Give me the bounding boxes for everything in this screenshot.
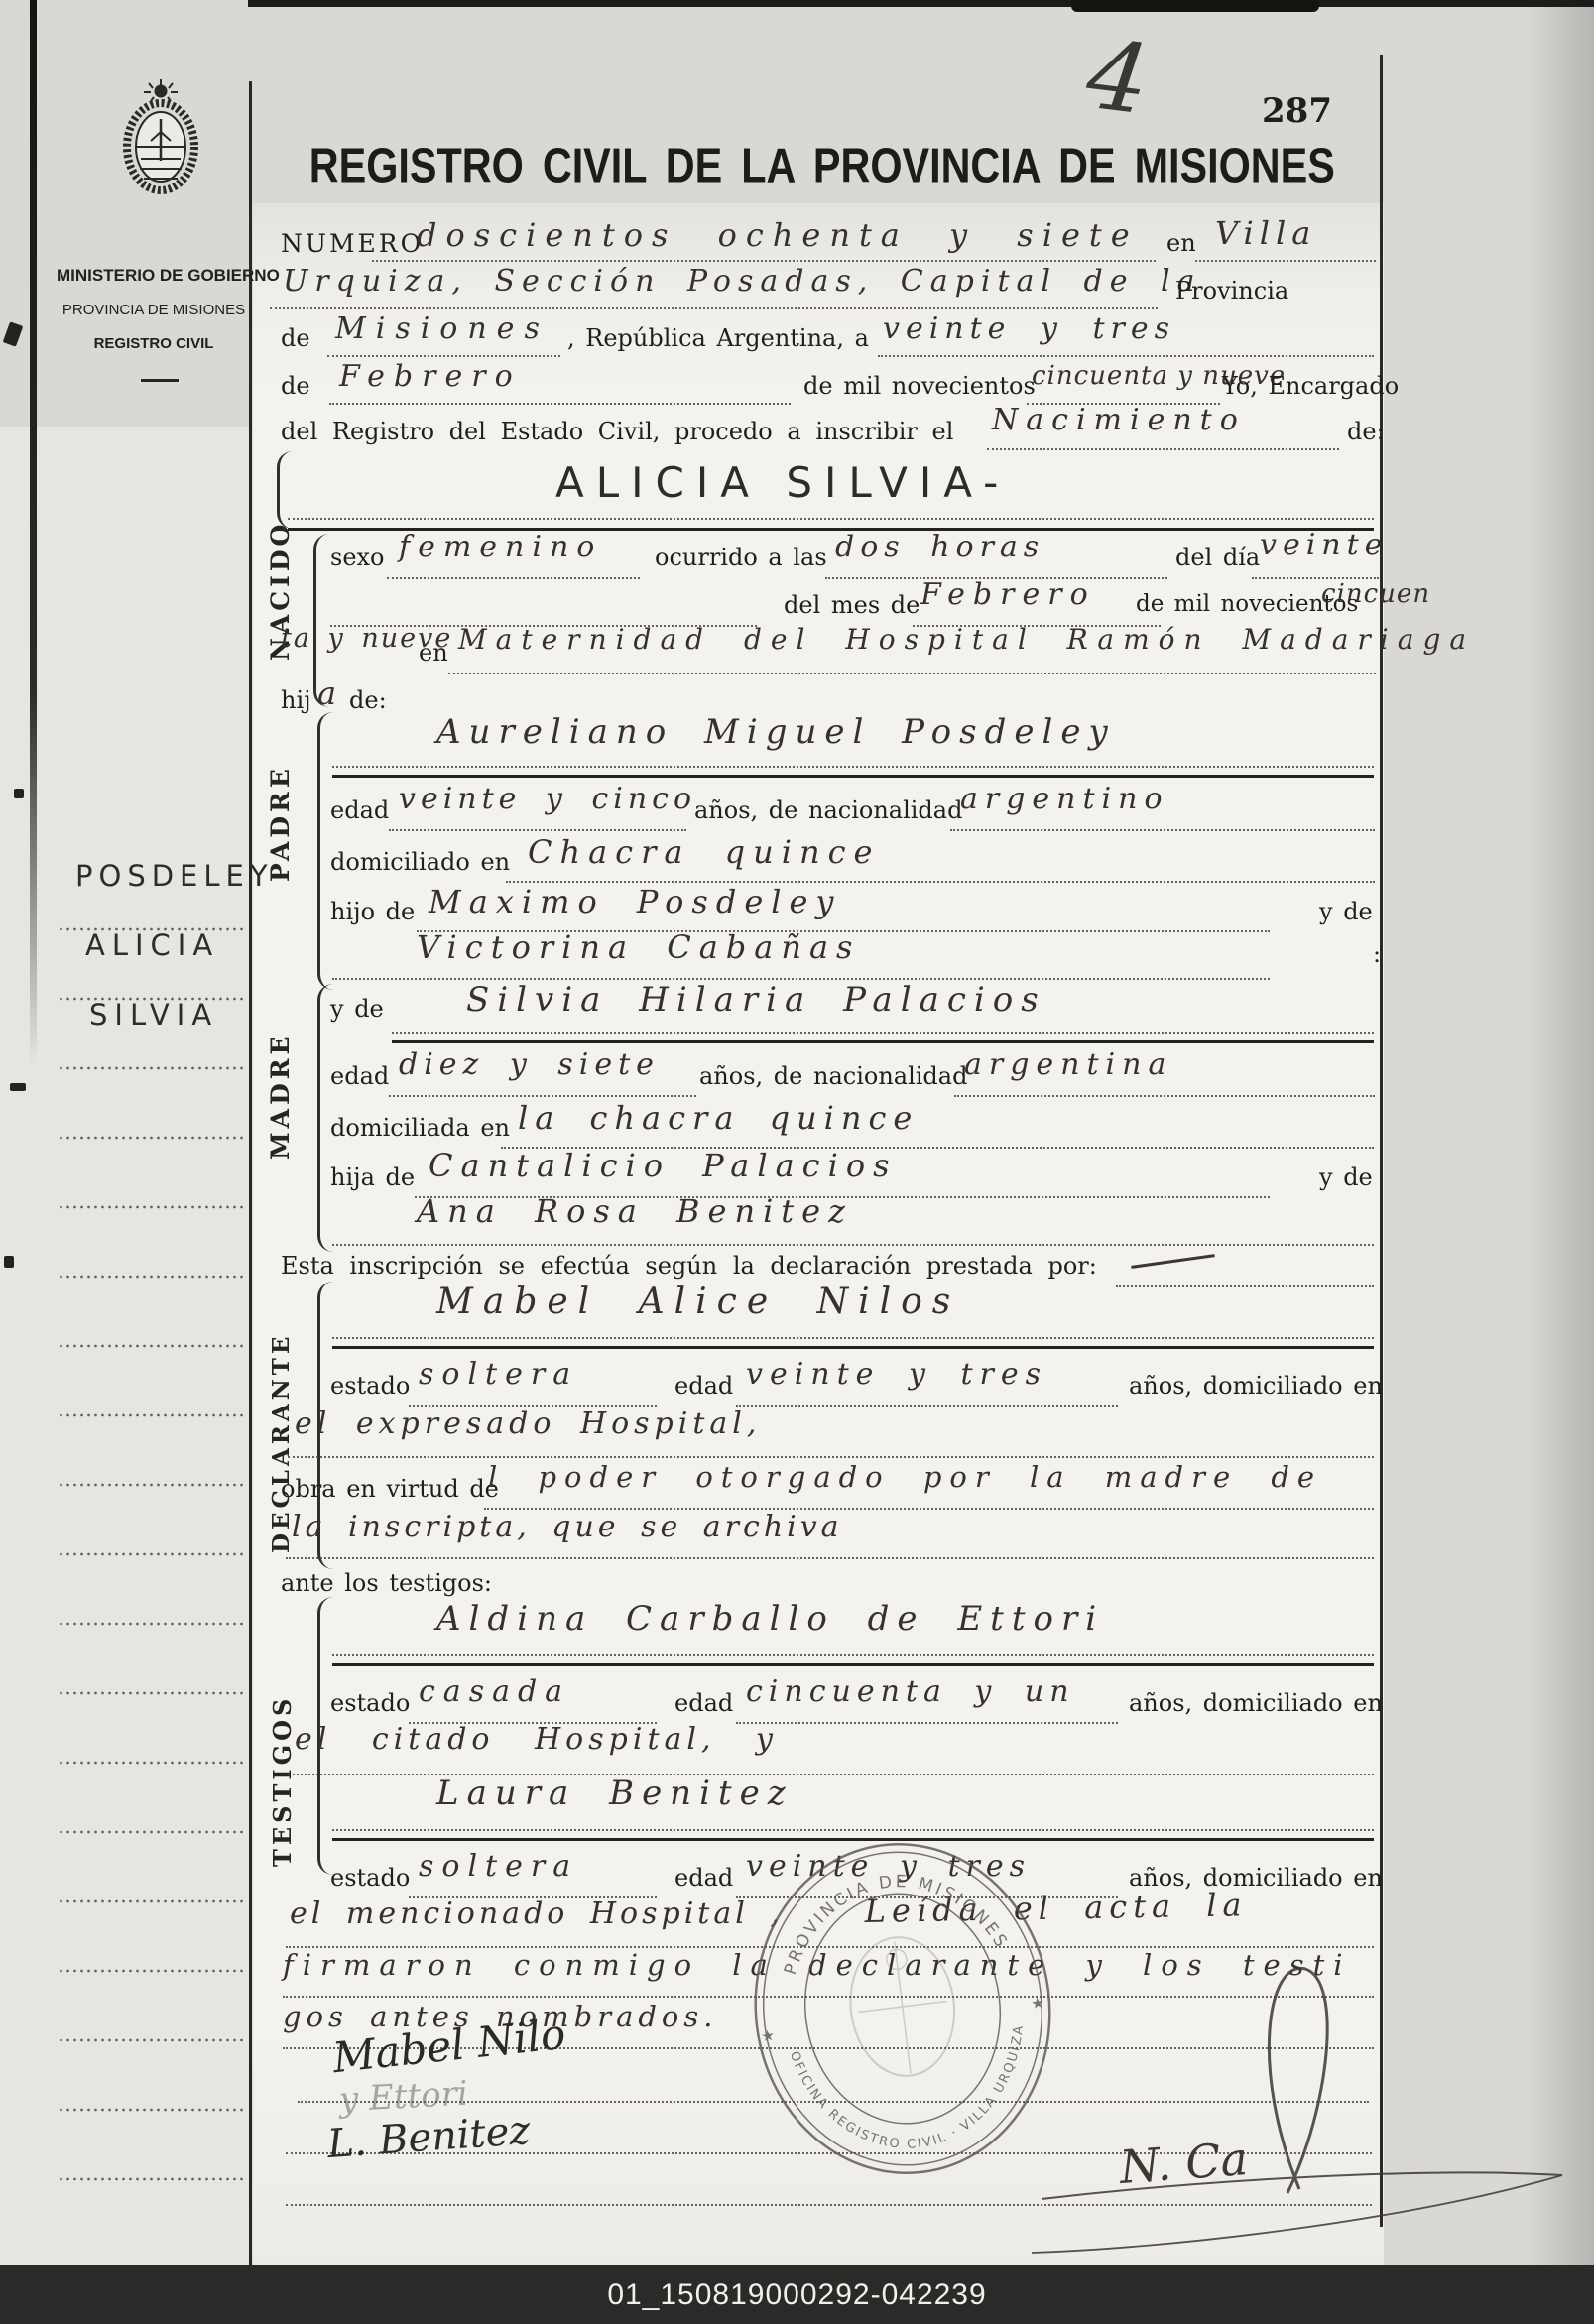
dia-label: del día xyxy=(1175,544,1260,571)
virtud-label: obra en virtud de xyxy=(281,1475,499,1503)
stamp-center-arms xyxy=(843,1931,962,2082)
declarante-edad-value: veinte y tres xyxy=(746,1357,1047,1392)
padre-nacionalidad-label: años, de nacionalidad xyxy=(694,796,962,824)
hijo-de-colon-label: de: xyxy=(349,686,387,714)
testigo1-domiciliado-label: años, domiciliado en xyxy=(1129,1689,1383,1717)
stamp-arc-top-text: PROVINCIA DE MISIONES xyxy=(771,1859,1014,1980)
city-value-line2: Urquiza, Sección Posadas, Capital de la xyxy=(283,264,1202,299)
numero-label: NUMERO xyxy=(281,229,424,258)
dotted-underline xyxy=(332,1244,1374,1246)
madre-edad-value: diez y siete xyxy=(399,1047,660,1082)
handwritten-page-number: 4 xyxy=(1081,19,1155,137)
dotted-underline xyxy=(372,260,1156,262)
padre-domicilio-value: Chacra quince xyxy=(528,833,880,871)
scan-top-smudge xyxy=(1071,0,1319,12)
dotted-underline xyxy=(332,1337,1374,1339)
dotted-underline xyxy=(332,1654,1374,1656)
section-label-madre: MADRE xyxy=(266,1027,295,1165)
madre-edad-label: edad xyxy=(330,1062,389,1090)
day-value: veinte y tres xyxy=(883,311,1175,346)
dotted-underline xyxy=(332,766,1374,768)
virtud-value-cont: la inscripta, que se archiva xyxy=(292,1510,843,1544)
dotted-underline xyxy=(736,1405,1118,1407)
mes-value: Febrero xyxy=(920,577,1096,612)
ocurrido-label: ocurrido a las xyxy=(655,544,827,571)
madre-y-de-label: y de xyxy=(330,995,384,1023)
de-final-label: de: xyxy=(1347,418,1385,445)
virtud-value: l poder otorgado por la madre de xyxy=(488,1460,1322,1494)
novecientos-label: de mil novecientos xyxy=(803,372,1036,400)
padre-name-value: Aureliano Miguel Posdeley xyxy=(436,712,1116,752)
padre-edad-label: edad xyxy=(330,796,389,824)
dotted-underline xyxy=(387,577,640,579)
en-label: en xyxy=(1166,229,1196,257)
padre-domicilio-label: domiciliado en xyxy=(330,848,510,876)
folio-number: 287 xyxy=(1262,91,1332,131)
padre-hijo-de-label: hijo de xyxy=(330,898,415,925)
abuela-materna-value: Ana Rosa Benitez xyxy=(417,1192,853,1230)
city-value: Villa xyxy=(1215,214,1316,252)
testigo1-edad-value: cincuenta y un xyxy=(746,1674,1075,1709)
argentina-coat-of-arms-icon xyxy=(111,75,210,198)
dotted-underline xyxy=(987,448,1339,450)
ink-speck xyxy=(14,789,24,798)
dotted-underline xyxy=(954,1095,1375,1097)
dotted-underline xyxy=(332,1829,1374,1831)
ink-speck xyxy=(4,1256,14,1268)
declarante-edad-label: edad xyxy=(674,1372,733,1400)
dotted-underline xyxy=(270,307,1158,309)
madre-domicilio-label: domiciliada en xyxy=(330,1114,510,1142)
sidebar-ministry: MINISTERIO DE GOBIERNO xyxy=(57,266,251,286)
margin-name-line: ALICIA xyxy=(85,928,219,962)
republica-label: , República Argentina, a xyxy=(567,324,869,352)
inscribir-label: del Registro del Estado Civil, procedo a… xyxy=(281,418,953,445)
numero-value: doscientos ochenta y siete xyxy=(417,216,1139,254)
sidebar-dash xyxy=(141,379,179,382)
hora-value: dos horas xyxy=(835,530,1044,564)
abuelo-materno-value: Cantalicio Palacios xyxy=(429,1147,898,1184)
testigo1-edad-label: edad xyxy=(674,1689,733,1717)
testigo1-estado-value: casada xyxy=(419,1674,570,1709)
dotted-underline xyxy=(1116,1285,1374,1287)
svg-text:PROVINCIA DE MISIONES: PROVINCIA DE MISIONES xyxy=(771,1859,1014,1980)
testigos-intro-label: ante los testigos: xyxy=(281,1569,492,1597)
dotted-underline xyxy=(878,355,1374,357)
event-value: Nacimiento xyxy=(992,403,1246,437)
page-title: REGISTRO CIVIL DE LA PROVINCIA DE MISION… xyxy=(309,139,1297,194)
stamp-star-left: ★ xyxy=(760,2026,776,2046)
mes-label: del mes de xyxy=(784,591,920,619)
scanned-birth-certificate: 4 287 REGISTRO CIVIL DE LA PROVINCIA DE … xyxy=(0,0,1594,2324)
madre-name-value: Silvia Hilaria Palacios xyxy=(466,980,1046,1020)
provincia-label: Provincia xyxy=(1175,277,1288,305)
sidebar-office: REGISTRO CIVIL xyxy=(57,335,251,352)
dotted-underline xyxy=(327,355,560,357)
anio-value: cincuen xyxy=(1321,579,1430,609)
registrar-signature: N. Ca xyxy=(1002,1929,1577,2257)
scanner-code-text: 01_150819000292-042239 xyxy=(607,2278,986,2312)
declarante-estado-value: soltera xyxy=(419,1357,578,1392)
testigo1-domicilio-value: el citado Hospital, y xyxy=(295,1722,778,1757)
scan-top-edge xyxy=(248,0,1594,7)
dotted-underline xyxy=(389,1095,696,1097)
abuela-paterna-value: Victorina Cabañas xyxy=(417,928,860,966)
section-label-testigos: TESTIGOS xyxy=(268,1671,297,1890)
double-rule xyxy=(332,1663,1374,1666)
ink-speck xyxy=(10,1083,26,1091)
sexo-value: femenino xyxy=(399,530,602,564)
registered-name: ALICIA SILVIA- xyxy=(555,458,1010,507)
testigo2-domicilio-value: el mencionado Hospital , xyxy=(290,1896,784,1931)
abuelo-paterno-value: Maximo Posdeley xyxy=(429,883,842,920)
margin-name-line: SILVIA xyxy=(89,998,218,1032)
madre-y-de2-label: y de xyxy=(1319,1163,1373,1191)
declarante-domicilio-value: el expresado Hospital, xyxy=(295,1407,761,1441)
province-value: Misiones xyxy=(335,311,550,346)
de-label: de xyxy=(281,324,310,352)
registrar-signature-text: N. Ca xyxy=(1117,2132,1250,2194)
testigo1-estado-label: estado xyxy=(330,1689,410,1717)
encargado-label: Yo, Encargado xyxy=(1222,372,1399,400)
sexo-label: sexo xyxy=(330,544,385,571)
dotted-underline xyxy=(736,1722,1118,1724)
padre-edad-value: veinte y cinco xyxy=(399,782,696,816)
madre-hija-de-label: hija de xyxy=(330,1163,415,1191)
madre-domicilio-value: la chacra quince xyxy=(518,1099,919,1137)
hijo-letter-value: a xyxy=(317,674,336,712)
double-rule xyxy=(392,1040,1374,1043)
double-rule xyxy=(332,1346,1374,1349)
declarante-estado-label: estado xyxy=(330,1372,410,1400)
dotted-underline xyxy=(329,403,791,405)
dotted-underline xyxy=(389,829,686,831)
dotted-underline xyxy=(950,829,1375,831)
testigo2-estado-label: estado xyxy=(330,1864,410,1892)
declarante-name-value: Mabel Alice Nilos xyxy=(436,1282,960,1322)
margin-dotted-lines xyxy=(58,893,246,2242)
declaracion-intro-label: Esta inscripción se efectúa según la dec… xyxy=(281,1252,1097,1280)
dia-value: veinte xyxy=(1260,528,1388,562)
en-label-2: en xyxy=(419,639,448,667)
padre-nacionalidad-value: argentino xyxy=(960,782,1169,816)
scanner-code-bar: 01_150819000292-042239 xyxy=(0,2265,1594,2324)
testigo2-name: Laura Benitez xyxy=(436,1774,794,1813)
dotted-underline xyxy=(1195,260,1376,262)
dotted-underline xyxy=(286,1557,1374,1559)
padre-colon-label: : xyxy=(1373,940,1381,968)
dotted-underline xyxy=(288,1456,1374,1458)
binding-spine-shadow xyxy=(30,0,37,1066)
dotted-underline xyxy=(288,518,1374,520)
dotted-underline xyxy=(392,1032,1374,1034)
testigo2-estado-value: soltera xyxy=(419,1849,578,1884)
testigo1-name: Aldina Carballo de Ettori xyxy=(436,1599,1104,1639)
padre-y-de-label: y de xyxy=(1319,898,1373,925)
month-value: Febrero xyxy=(339,359,522,394)
double-rule xyxy=(332,775,1374,778)
dotted-underline xyxy=(448,673,1376,674)
margin-name-line: POSDELEY xyxy=(75,859,274,893)
de2-label: de xyxy=(281,372,310,400)
ink-speck xyxy=(3,321,24,346)
section-label-padre: PADRE xyxy=(266,754,295,893)
sidebar-province: PROVINCIA DE MISIONES xyxy=(57,302,251,318)
hijo-prefix-label: hij xyxy=(281,686,311,714)
section-label-declarante: DECLARANTE xyxy=(268,1319,295,1567)
lugar-value: Maternidad del Hospital Ramón Madariaga xyxy=(458,623,1475,656)
declarante-domiciliado-label: años, domiciliado en xyxy=(1129,1372,1383,1400)
left-column-rule xyxy=(249,81,252,2266)
madre-nacionalidad-label: años, de nacionalidad xyxy=(699,1062,967,1090)
madre-nacionalidad-value: argentina xyxy=(964,1047,1172,1082)
